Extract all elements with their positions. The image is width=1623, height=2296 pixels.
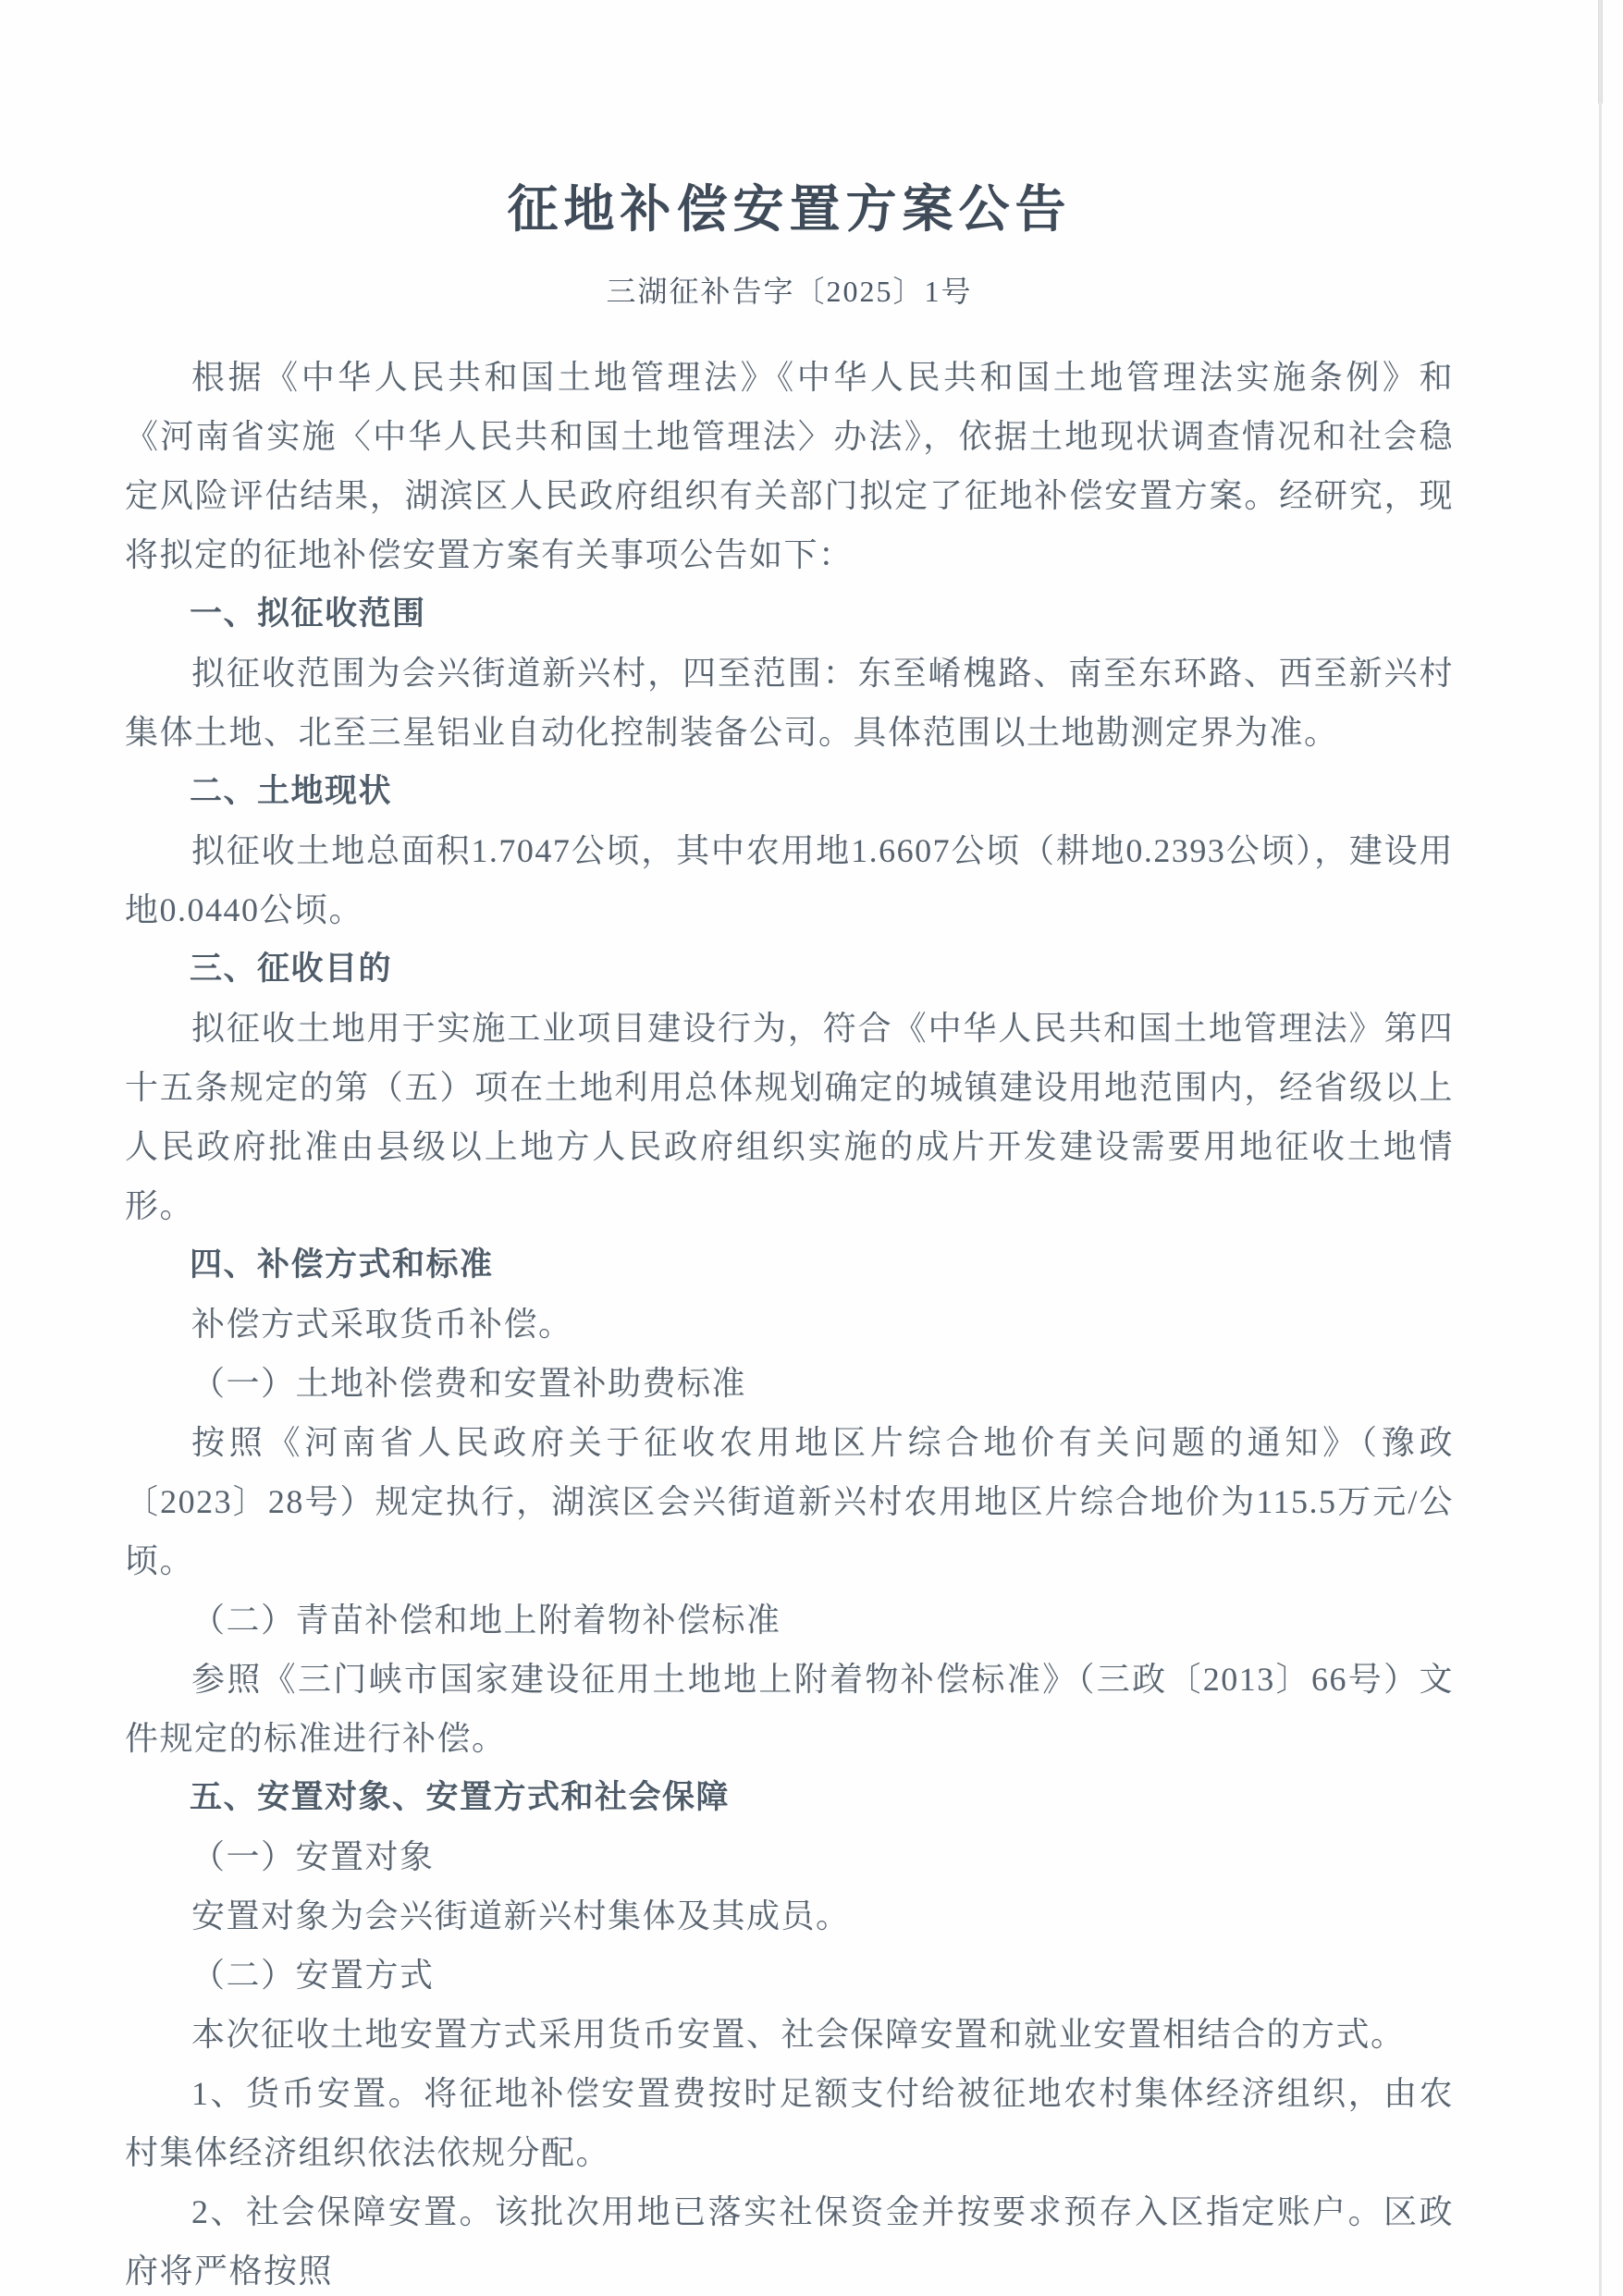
section-resettlement: 五、安置对象、安置方式和社会保障 （一）安置对象 安置对象为会兴街道新兴村集体及… — [125, 1768, 1454, 2296]
section-heading: 五、安置对象、安置方式和社会保障 — [125, 1768, 1454, 1827]
paragraph: 本次征收土地安置方式采用货币安置、社会保障安置和就业安置相结合的方式。 — [125, 2005, 1454, 2064]
paragraph: （二）安置方式 — [125, 1946, 1454, 2005]
document-body: 根据《中华人民共和国土地管理法》《中华人民共和国土地管理法实施条例》和《河南省实… — [125, 348, 1454, 2296]
paragraph: 拟征收范围为会兴街道新兴村，四至范围：东至崤槐路、南至东环路、西至新兴村集体土地… — [125, 644, 1454, 762]
paragraph: 按照《河南省人民政府关于征收农用地区片综合地价有关问题的通知》（豫政〔2023〕… — [125, 1413, 1454, 1590]
section-purpose: 三、征收目的 拟征收土地用于实施工业项目建设行为，符合《中华人民共和国土地管理法… — [125, 939, 1454, 1235]
document-content: 征地补偿安置方案公告 三湖征补告字〔2025〕1号 根据《中华人民共和国土地管理… — [125, 0, 1454, 2296]
intro-paragraph: 根据《中华人民共和国土地管理法》《中华人民共和国土地管理法实施条例》和《河南省实… — [125, 348, 1454, 584]
paragraph: 参照《三门峡市国家建设征用土地地上附着物补偿标准》（三政〔2013〕66号）文件… — [125, 1650, 1454, 1768]
scan-edge-shadow — [1599, 0, 1602, 2296]
section-heading: 一、拟征收范围 — [125, 584, 1454, 644]
paragraph: 拟征收土地用于实施工业项目建设行为，符合《中华人民共和国土地管理法》第四十五条规… — [125, 999, 1454, 1235]
page-title: 征地补偿安置方案公告 — [125, 181, 1454, 239]
paragraph: 补偿方式采取货币补偿。 — [125, 1295, 1454, 1354]
section-scope: 一、拟征收范围 拟征收范围为会兴街道新兴村，四至范围：东至崤槐路、南至东环路、西… — [125, 584, 1454, 762]
paragraph: （一）安置对象 — [125, 1827, 1454, 1886]
section-heading: 四、补偿方式和标准 — [125, 1235, 1454, 1295]
paragraph: 2、社会保障安置。该批次用地已落实社保资金并按要求预存入区指定账户。区政府将严格… — [125, 2182, 1454, 2296]
paragraph: 安置对象为会兴街道新兴村集体及其成员。 — [125, 1886, 1454, 1946]
paragraph: （一）土地补偿费和安置补助费标准 — [125, 1354, 1454, 1413]
document-page: 征地补偿安置方案公告 三湖征补告字〔2025〕1号 根据《中华人民共和国土地管理… — [0, 0, 1623, 2296]
paragraph: （二）青苗补偿和地上附着物补偿标准 — [125, 1590, 1454, 1650]
section-heading: 二、土地现状 — [125, 762, 1454, 821]
paragraph: 拟征收土地总面积1.7047公顷，其中农用地1.6607公顷（耕地0.2393公… — [125, 821, 1454, 939]
section-land-status: 二、土地现状 拟征收土地总面积1.7047公顷，其中农用地1.6607公顷（耕地… — [125, 762, 1454, 939]
section-compensation: 四、补偿方式和标准 补偿方式采取货币补偿。 （一）土地补偿费和安置补助费标准 按… — [125, 1235, 1454, 1768]
paragraph: 1、货币安置。将征地补偿安置费按时足额支付给被征地农村集体经济组织，由农村集体经… — [125, 2064, 1454, 2182]
document-number: 三湖征补告字〔2025〕1号 — [125, 274, 1454, 309]
section-heading: 三、征收目的 — [125, 939, 1454, 999]
